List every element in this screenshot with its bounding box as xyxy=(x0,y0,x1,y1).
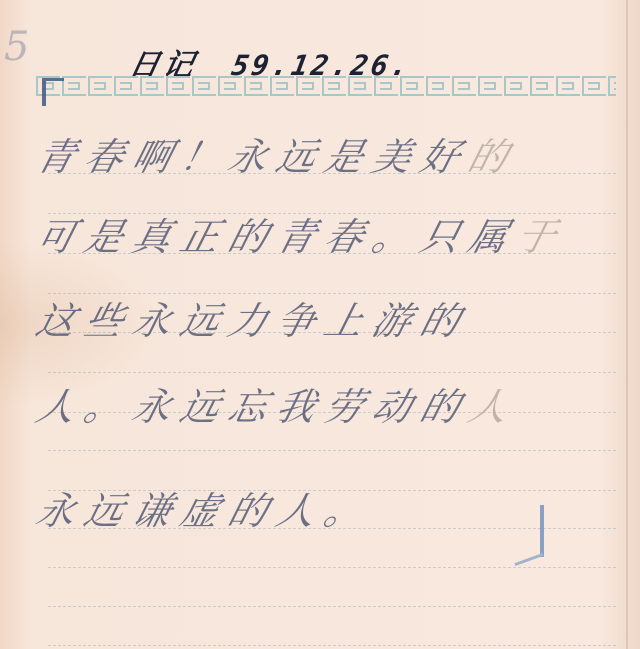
border-unit xyxy=(478,76,502,96)
line-text: 这些永远力争上游的 xyxy=(32,299,475,343)
line-faded-char: 于 xyxy=(512,215,571,259)
ruled-line xyxy=(48,606,616,607)
page-edge xyxy=(626,0,628,649)
line-text: 永远谦虚的人。 xyxy=(32,489,379,533)
border-unit xyxy=(270,76,294,96)
border-unit xyxy=(530,76,554,96)
border-unit xyxy=(88,76,112,96)
border-unit xyxy=(218,76,242,96)
border-unit xyxy=(348,76,372,96)
border-unit xyxy=(140,76,164,96)
line-text: 可是真正的青春。只属 xyxy=(32,215,523,259)
ruled-line xyxy=(48,450,616,451)
border-unit xyxy=(504,76,528,96)
border-unit xyxy=(62,76,86,96)
handwritten-line-4: 人。永远忘我劳动的人 xyxy=(31,376,625,431)
handwritten-line-1: 青春啊！永远是美好的 xyxy=(31,126,625,181)
line-faded-char: 人 xyxy=(464,385,523,429)
line-text: 人。永远忘我劳动的 xyxy=(32,385,475,429)
handwritten-line-3: 这些永远力争上游的 xyxy=(31,290,625,345)
border-unit xyxy=(192,76,216,96)
border-unit xyxy=(244,76,268,96)
border-unit xyxy=(400,76,424,96)
border-unit xyxy=(452,76,476,96)
border-unit xyxy=(374,76,398,96)
diary-header: 日记 59.12.26. xyxy=(130,40,411,80)
ruled-line xyxy=(48,645,616,646)
handwritten-line-5: 永远谦虚的人。 xyxy=(31,480,625,535)
border-unit xyxy=(322,76,346,96)
line-faded-char: 的 xyxy=(464,135,523,179)
border-unit xyxy=(114,76,138,96)
page-number: 5 xyxy=(4,24,40,70)
border-unit xyxy=(608,76,616,96)
border-unit xyxy=(582,76,606,96)
ruled-line xyxy=(48,567,616,568)
line-text: 青春啊！永远是美好 xyxy=(32,135,475,179)
greek-key-border xyxy=(36,76,616,100)
handwritten-line-2: 可是真正的青春。只属于 xyxy=(31,206,625,261)
close-bracket-mark xyxy=(540,505,544,557)
ruled-line xyxy=(48,372,616,373)
border-unit xyxy=(296,76,320,96)
border-unit xyxy=(556,76,580,96)
open-bracket-mark xyxy=(42,78,46,106)
border-unit xyxy=(166,76,190,96)
border-unit xyxy=(426,76,450,96)
